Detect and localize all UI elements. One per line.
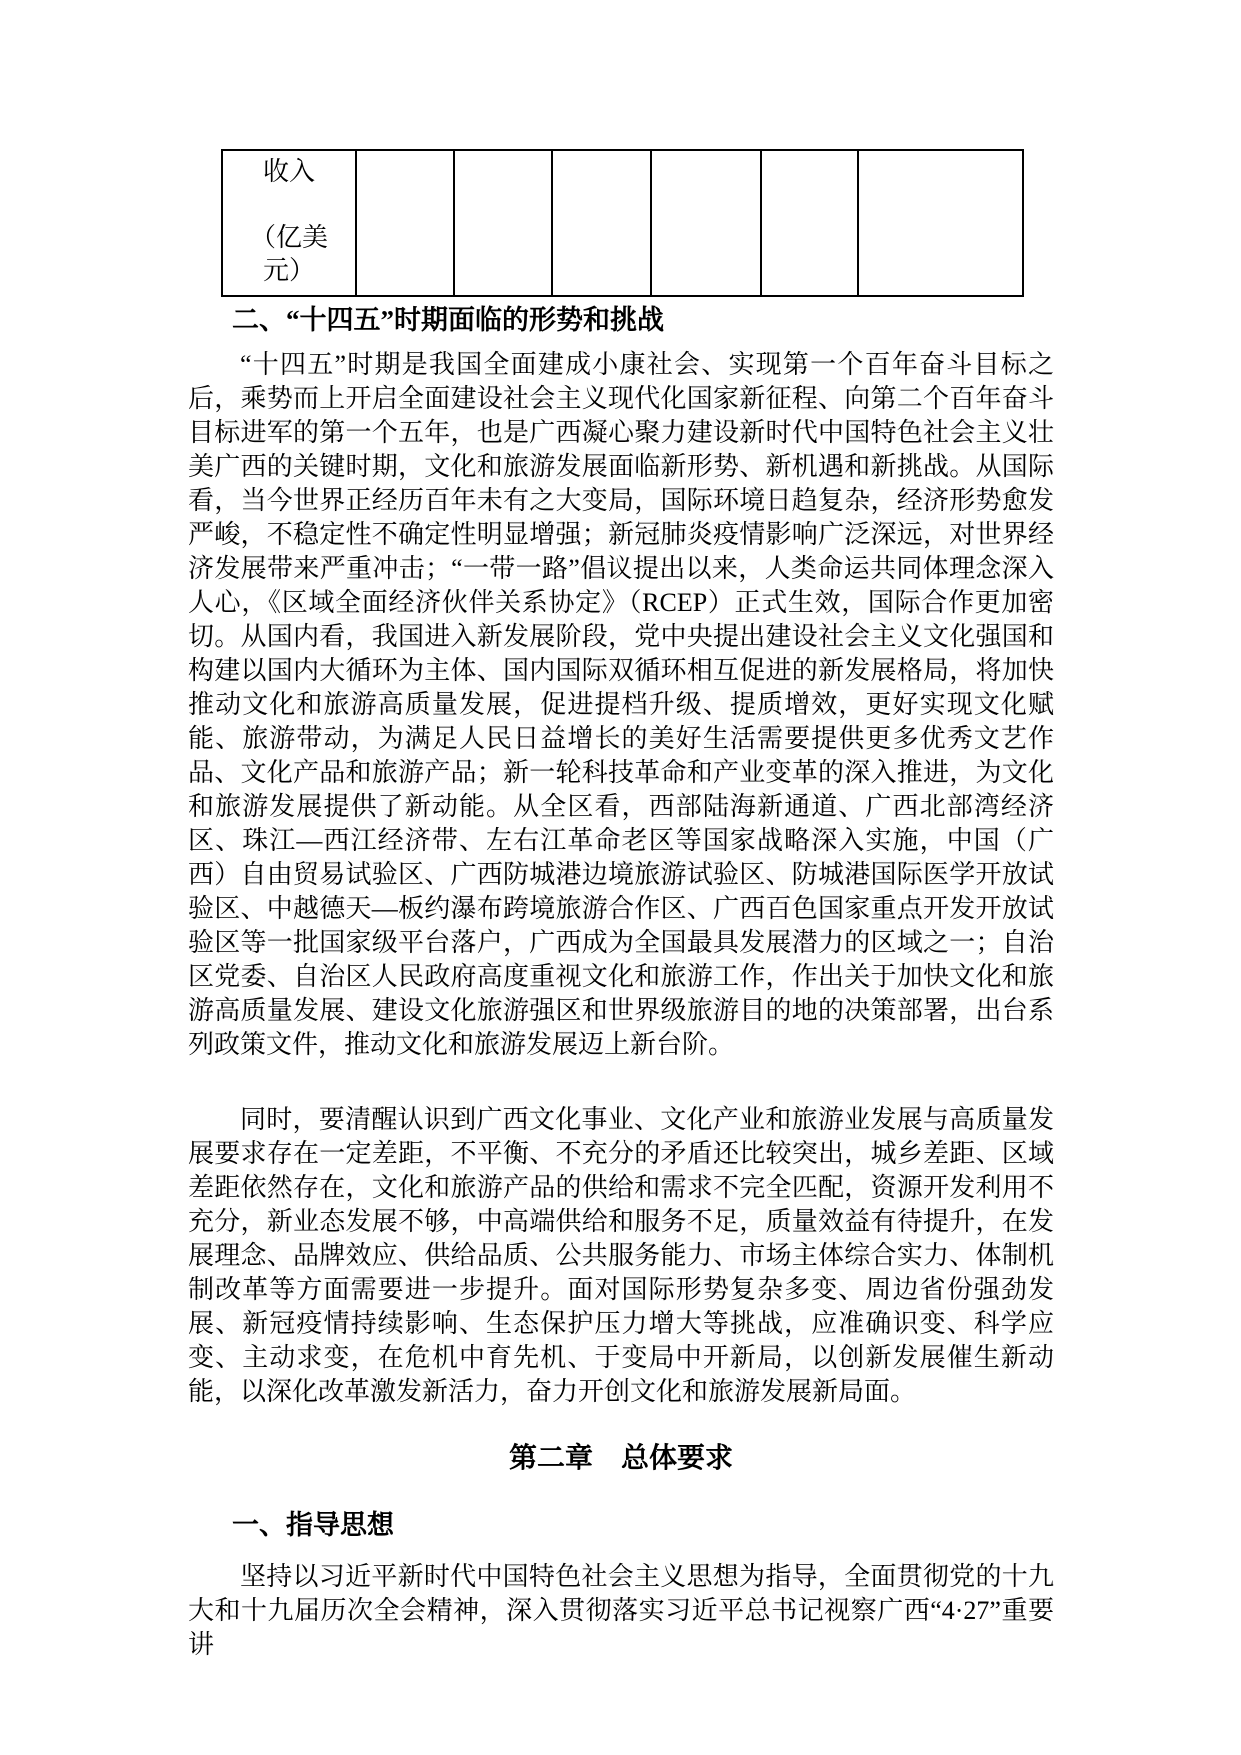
table-row: 收入 （亿美 元） — [222, 150, 1023, 296]
document-page: 收入 （亿美 元） 二、“十四五”时期面临的形势和挑战 “十四五”时期是我国全面… — [0, 0, 1241, 1755]
table-cell-empty-1 — [356, 150, 454, 296]
section-heading-situation: 二、“十四五”时期面临的形势和挑战 — [232, 303, 664, 337]
paragraph-situation-1: “十四五”时期是我国全面建成小康社会、实现第一个百年奋斗目标之后，乘势而上开启全… — [188, 348, 1054, 1062]
chapter-heading: 第二章 总体要求 — [188, 1441, 1054, 1477]
row-header-cell: 收入 （亿美 元） — [222, 150, 356, 296]
table-cell-empty-5 — [761, 150, 858, 296]
table-cell-empty-2 — [454, 150, 552, 296]
table-cell-empty-3 — [552, 150, 651, 296]
paragraph-guiding-thought: 坚持以习近平新时代中国特色社会主义思想为指导，全面贯彻党的十九大和十九届历次全会… — [188, 1560, 1054, 1662]
paragraph-situation-2: 同时，要清醒认识到广西文化事业、文化产业和旅游业发展与高质量发展要求存在一定差距… — [188, 1103, 1054, 1409]
table-fragment: 收入 （亿美 元） — [221, 149, 1024, 297]
data-table: 收入 （亿美 元） — [221, 149, 1024, 297]
subsection-heading-guiding-thought: 一、指导思想 — [232, 1508, 394, 1542]
table-cell-empty-4 — [651, 150, 761, 296]
table-cell-empty-6 — [858, 150, 1023, 296]
